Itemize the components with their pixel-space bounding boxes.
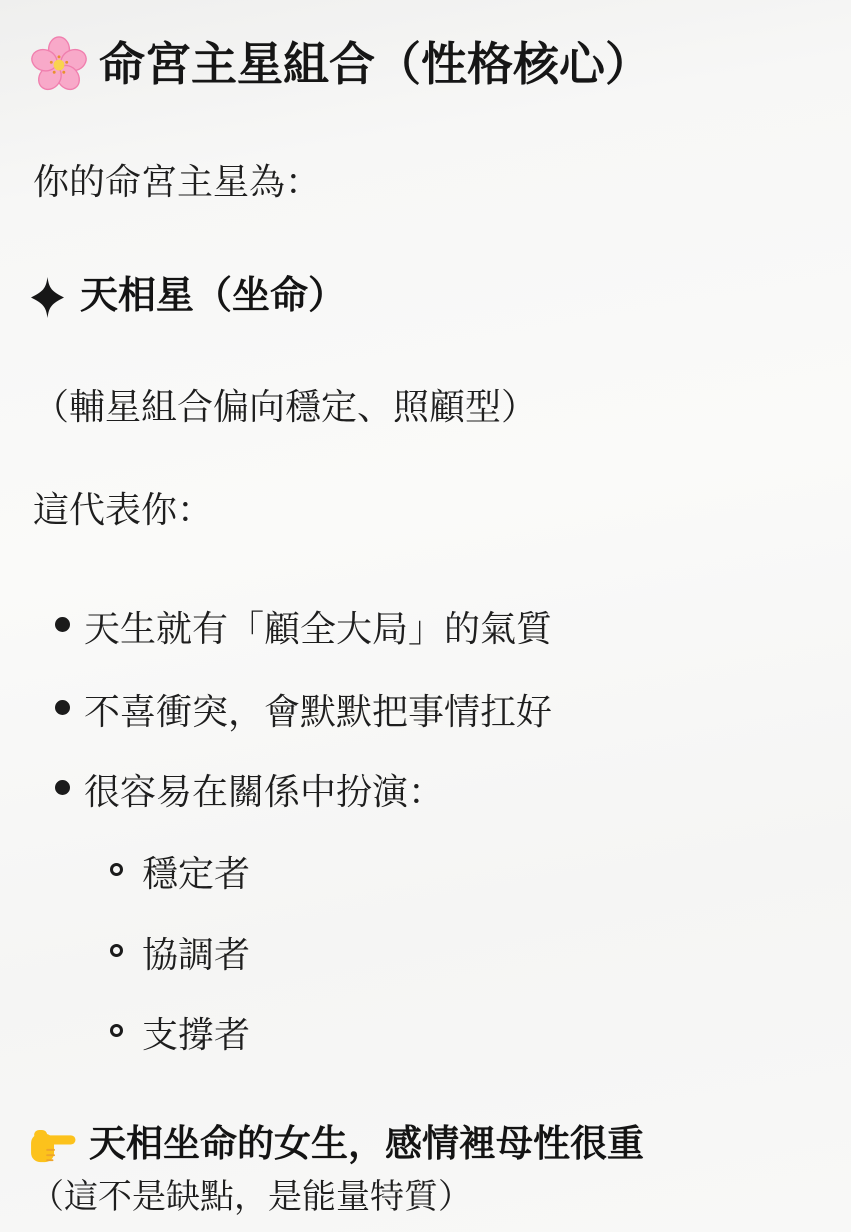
role-item-text: 支撐者 — [142, 1014, 250, 1056]
bullet-circle-icon — [110, 944, 123, 957]
bullet-circle-icon — [110, 1024, 123, 1037]
pointing-finger-icon — [28, 1120, 77, 1169]
trait-list-item: 很容易在關係中扮演： — [55, 771, 444, 813]
role-item-text: 穩定者 — [142, 853, 250, 895]
document-page: 命宮主星組合（性格核心） 你的命宮主星為： 天相星（坐命） （輔星組合偏向穩定、… — [0, 0, 851, 1232]
role-list-item: 協調者 — [110, 934, 250, 976]
star-note-text: （輔星組合偏向穩定、照顧型） — [33, 386, 537, 428]
trait-item-text: 不喜衝突，會默默把事情扛好 — [84, 691, 552, 733]
bullet-dot-icon — [55, 617, 70, 632]
intro-text: 你的命宮主星為： — [33, 161, 321, 203]
callout-heading-text: 天相坐命的女生，感情裡母性很重 — [89, 1122, 644, 1166]
callout-heading: 天相坐命的女生，感情裡母性很重 — [28, 1120, 644, 1169]
bullet-dot-icon — [55, 780, 70, 795]
trait-item-text: 很容易在關係中扮演： — [84, 771, 444, 813]
role-item-text: 協調者 — [142, 934, 250, 976]
star-heading: 天相星（坐命） — [31, 274, 346, 320]
star-heading-text: 天相星（坐命） — [80, 274, 346, 320]
trait-item-text: 天生就有「顧全大局」的氣質 — [84, 608, 552, 650]
four-pointed-star-icon — [31, 277, 64, 318]
callout-note-text: （這不是缺點，是能量特質） — [30, 1177, 472, 1217]
trait-list-item: 天生就有「顧全大局」的氣質 — [55, 608, 552, 650]
page-title: 命宮主星組合（性格核心） — [30, 36, 651, 94]
trait-list-item: 不喜衝突，會默默把事情扛好 — [55, 691, 552, 733]
role-list-item: 支撐者 — [110, 1014, 250, 1056]
role-list-item: 穩定者 — [110, 853, 250, 895]
page-title-text: 命宮主星組合（性格核心） — [99, 36, 651, 94]
cherry-blossom-icon — [30, 36, 88, 94]
list-intro-text: 這代表你： — [33, 489, 213, 531]
bullet-dot-icon — [55, 700, 70, 715]
bullet-circle-icon — [110, 863, 123, 876]
